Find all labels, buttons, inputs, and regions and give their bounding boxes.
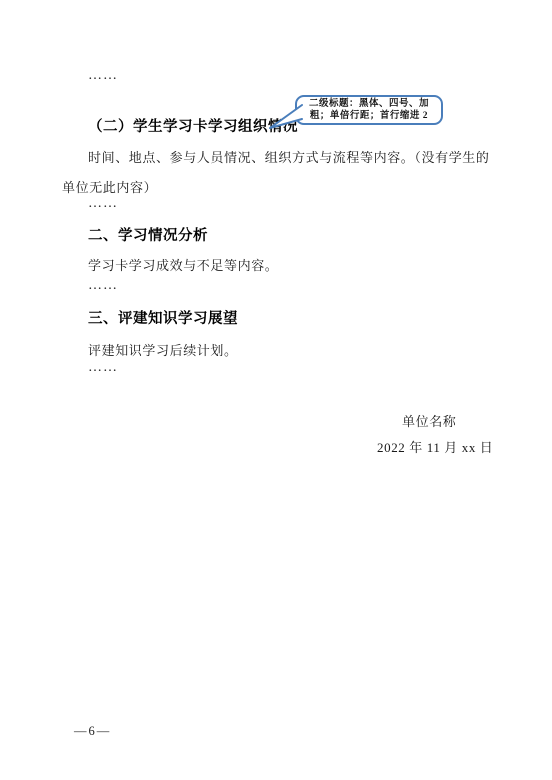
callout-text: 二级标题：黑体、四号、加 粗；单倍行距；首行缩进 2 <box>297 98 441 122</box>
callout-line-1: 二级标题：黑体、四号、加 <box>297 98 441 110</box>
callout-bubble: 二级标题：黑体、四号、加 粗；单倍行距；首行缩进 2 <box>295 95 443 125</box>
document-page: …… 二级标题：黑体、四号、加 粗；单倍行距；首行缩进 2 （二）学生学习卡学习… <box>0 0 552 780</box>
paragraph-1-line-2: 单位无此内容） <box>62 180 157 196</box>
page-number: —6— <box>74 724 111 739</box>
heading-section-2: 二、学习情况分析 <box>88 228 208 245</box>
signature-org-name: 单位名称 <box>402 414 456 430</box>
heading-section-3: 三、评建知识学习展望 <box>88 311 238 328</box>
paragraph-3: 评建知识学习后续计划。 <box>88 343 238 359</box>
paragraph-1-line-1: 时间、地点、参与人员情况、组织方式与流程等内容。（没有学生的 <box>88 150 490 166</box>
signature-date: 2022 年 11 月 xx 日 <box>377 440 493 456</box>
ellipsis-line-4: …… <box>88 360 118 376</box>
callout-tail-icon <box>260 100 304 134</box>
paragraph-2: 学习卡学习成效与不足等内容。 <box>88 258 278 274</box>
ellipsis-line-2: …… <box>88 196 118 212</box>
ellipsis-line-1: …… <box>88 68 118 84</box>
callout-line-2: 粗；单倍行距；首行缩进 2 <box>297 110 441 122</box>
ellipsis-line-3: …… <box>88 278 118 294</box>
